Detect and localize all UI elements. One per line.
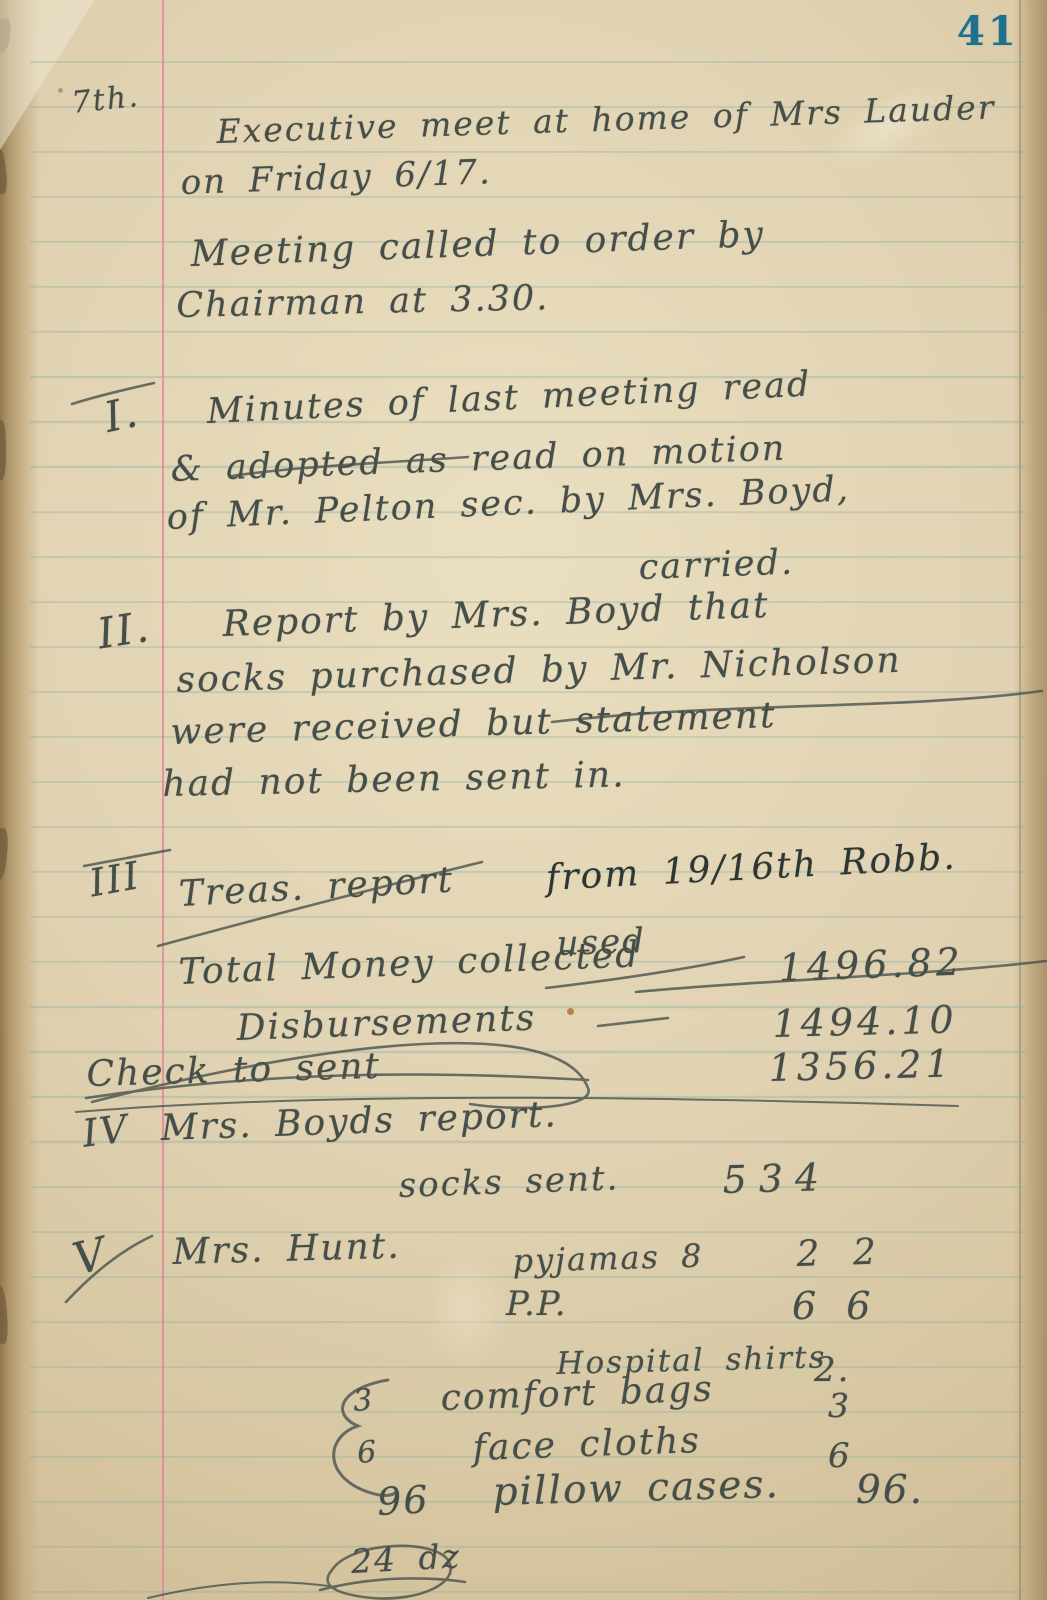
item1-line: Minutes of last meeting read	[206, 365, 812, 432]
row-value-comfort-bags: 3	[828, 1386, 851, 1425]
ledger-amount-check: 1356.21	[768, 1041, 954, 1090]
item-marker-4: IV	[80, 1106, 131, 1155]
margin-item-number: 7th.	[70, 79, 141, 121]
treasurer-report-title: Treas. report	[178, 860, 455, 915]
row-label-pp: P.P.	[506, 1284, 568, 1324]
item2-line: socks purchased by Mr. Nicholson	[176, 640, 902, 701]
socks-sent-value: 534	[722, 1155, 832, 1202]
item-marker-2: II.	[94, 602, 154, 659]
row-value-pillow-cases: 96.	[856, 1468, 924, 1513]
ledger-label-collected: Total Money collected	[178, 934, 641, 993]
treasurer-report-period: from 19/16th Robb.	[545, 836, 958, 898]
hunt-report-title: Mrs. Hunt.	[172, 1226, 401, 1273]
ledger-label-check: Check to sent	[86, 1046, 382, 1095]
paper-highlight	[420, 1250, 510, 1370]
row-label-face-cloths: face cloths	[472, 1420, 701, 1469]
item2-line: were received but statement	[170, 695, 777, 753]
row-value-face-cloths: 6	[828, 1436, 852, 1476]
socks-sent-label: socks sent.	[398, 1158, 620, 1206]
item-marker-5: V	[68, 1228, 113, 1286]
notebook-page: 41 7th. Executive meet at home of Mrs La…	[0, 0, 1047, 1600]
ledger-amount-disbursements: 1494.10	[772, 997, 958, 1046]
paper-stain	[567, 1008, 574, 1015]
row-qty-pillow-cases: 96	[376, 1477, 431, 1524]
row-qty-face-cloths: 6	[356, 1435, 379, 1471]
dash-after-disbursements	[598, 1018, 668, 1026]
call-to-order-line-2: Chairman at 3.30.	[176, 278, 550, 326]
item2-line: had not been sent in.	[162, 754, 626, 805]
item-marker-1: I.	[100, 387, 143, 442]
row-label-pyjamas: pyjamas 8	[512, 1237, 704, 1280]
row-value-hospital-shirts: 2.	[814, 1350, 850, 1390]
row-label-comfort-bags: comfort bags	[440, 1368, 714, 1419]
row-value-pp: 6 6	[792, 1284, 872, 1328]
row-label-24-dozen: 24 dz	[350, 1536, 462, 1581]
intro-line-2: on Friday 6/17.	[180, 152, 492, 203]
page-number: 41	[957, 8, 1019, 55]
ledger-amount-collected: 1496.82	[778, 940, 965, 990]
binding-edge	[0, 0, 40, 1600]
item1-line: carried.	[638, 543, 795, 588]
row-qty-comfort-bags: 3	[352, 1383, 375, 1419]
item2-line: Report by Mrs. Boyd that	[222, 585, 770, 645]
tail-stroke-24dz	[148, 1582, 336, 1598]
boyds-report-title: Mrs. Boyds report.	[160, 1094, 558, 1149]
row-value-pyjamas: 2 2	[796, 1232, 878, 1275]
page-crease-line	[1019, 0, 1021, 1600]
row-label-pillow-cases: pillow cases.	[492, 1462, 780, 1515]
call-to-order-line-1: Meeting called to order by	[190, 214, 766, 275]
ledger-label-disbursements: Disbursements	[236, 998, 537, 1049]
strikethrough-24dz	[320, 1578, 465, 1590]
intro-line-1: Executive meet at home of Mrs Lauder	[216, 88, 996, 151]
item-marker-3: III	[86, 853, 144, 905]
corner-crease	[0, 0, 95, 150]
